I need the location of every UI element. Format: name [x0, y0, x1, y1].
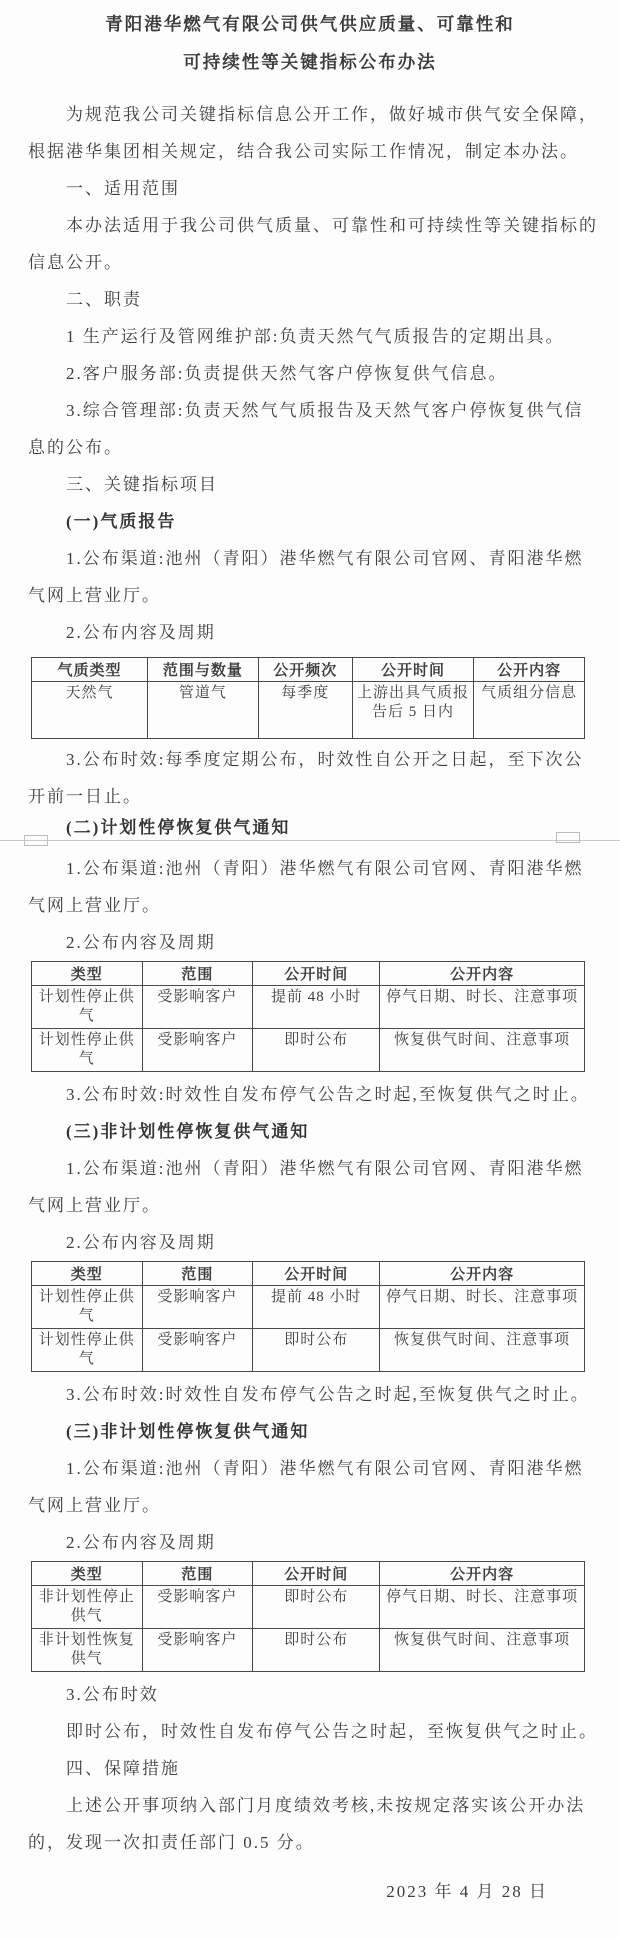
table-header-row: 气质类型范围与数量公开频次公开时间公开内容 — [32, 658, 585, 682]
table-cell: 受影响客户 — [142, 1586, 253, 1629]
table-row: 天然气管道气每季度上游出具气质报 告后 5 日内气质组分信息 — [32, 682, 585, 739]
table-header-cell: 类型 — [32, 962, 143, 986]
document-page: 青阳港华燃气有限公司供气供应质量、可靠性和可持续性等关键指标公布办法为规范我公司… — [0, 0, 620, 1938]
table-cell: 非计划性停止 供气 — [32, 1586, 143, 1629]
table-header-cell: 公开内容 — [380, 962, 585, 986]
paragraph-line: 3.公布时效:每季度定期公布，时效性自公开之日起，至下次公 — [28, 739, 592, 776]
table-row: 计划性停止供 气受影响客户提前 48 小时停气日期、时长、注意事项 — [32, 986, 585, 1029]
table-header-cell: 范围 — [142, 962, 253, 986]
paragraph-line: 3.公布时效:时效性自发布停气公告之时起,至恢复供气之时止。 — [28, 1374, 592, 1411]
table-header-cell: 公开内容 — [474, 658, 585, 682]
table-row: 非计划性停止 供气受影响客户即时公布停气日期、时长、注意事项 — [32, 1586, 585, 1629]
paragraph-line: 2.公布内容及周期 — [28, 922, 592, 959]
table-cell: 停气日期、时长、注意事项 — [380, 1286, 585, 1329]
table-header-row: 类型范围公开时间公开内容 — [32, 962, 585, 986]
paragraph-line: 即时公布，时效性自发布停气公告之时起，至恢复供气之时止。 — [28, 1711, 592, 1748]
table-cell: 气质组分信息 — [474, 682, 585, 739]
section-heading: (三)非计划性停恢复供气通知 — [28, 1411, 592, 1448]
page-break-mark-right — [556, 832, 580, 843]
paragraph-line: 开前一日止。 — [28, 776, 592, 813]
table-cell: 即时公布 — [253, 1029, 380, 1072]
page-break-marker — [0, 838, 620, 842]
table-cell: 受影响客户 — [142, 1286, 253, 1329]
table-header-cell: 公开时间 — [253, 1562, 380, 1586]
table-header-cell: 范围 — [142, 1562, 253, 1586]
table-cell: 提前 48 小时 — [253, 986, 380, 1029]
table-cell: 管道气 — [148, 682, 259, 739]
data-table: 气质类型范围与数量公开频次公开时间公开内容天然气管道气每季度上游出具气质报 告后… — [31, 657, 585, 739]
paragraph-line: 上述公开事项纳入部门月度绩效考核,未按规定落实该公开办法 — [28, 1785, 592, 1822]
paragraph-line: 2.公布内容及周期 — [28, 1522, 592, 1559]
table-row: 计划性停止供 气受影响客户即时公布恢复供气时间、注意事项 — [32, 1029, 585, 1072]
paragraph-line: 三、关键指标项目 — [28, 464, 592, 501]
table-header-cell: 公开时间 — [352, 658, 474, 682]
paragraph-line: 一、适用范围 — [28, 168, 592, 205]
table-header-cell: 类型 — [32, 1562, 143, 1586]
section-heading: (一)气质报告 — [28, 501, 592, 538]
paragraph-line: 气网上营业厅。 — [28, 575, 592, 612]
table-cell: 恢复供气时间、注意事项 — [380, 1329, 585, 1372]
paragraph-line: 1.公布渠道:池州（青阳）港华燃气有限公司官网、青阳港华燃 — [28, 1448, 592, 1485]
title-line: 青阳港华燃气有限公司供气供应质量、可靠性和 — [28, 4, 592, 42]
table-header-row: 类型范围公开时间公开内容 — [32, 1562, 585, 1586]
table-cell: 提前 48 小时 — [253, 1286, 380, 1329]
data-table: 类型范围公开时间公开内容计划性停止供 气受影响客户提前 48 小时停气日期、时长… — [31, 961, 585, 1072]
table-header-cell: 类型 — [32, 1262, 143, 1286]
paragraph-line: 1.公布渠道:池州（青阳）港华燃气有限公司官网、青阳港华燃 — [28, 538, 592, 575]
paragraph-line: 二、职责 — [28, 279, 592, 316]
table-header-cell: 公开内容 — [380, 1262, 585, 1286]
paragraph-line: 气网上营业厅。 — [28, 885, 592, 922]
paragraph-line: 3.公布时效 — [28, 1674, 592, 1711]
table-cell: 受影响客户 — [142, 1629, 253, 1672]
table-cell: 即时公布 — [253, 1629, 380, 1672]
paragraph-line: 本办法适用于我公司供气质量、可靠性和可持续性等关键指标的 — [28, 205, 592, 242]
table-cell: 受影响客户 — [142, 986, 253, 1029]
paragraph-line: 息的公布。 — [28, 427, 592, 464]
table-cell: 天然气 — [32, 682, 148, 739]
paragraph-line: 气网上营业厅。 — [28, 1485, 592, 1522]
title-line: 可持续性等关键指标公布办法 — [28, 42, 592, 80]
paragraph-line: 四、保障措施 — [28, 1748, 592, 1785]
table-header-cell: 公开内容 — [380, 1562, 585, 1586]
table-row: 计划性停止供 气受影响客户提前 48 小时停气日期、时长、注意事项 — [32, 1286, 585, 1329]
table-cell: 恢复供气时间、注意事项 — [380, 1029, 585, 1072]
table-header-cell: 公开时间 — [253, 1262, 380, 1286]
section-heading: (二)计划性停恢复供气通知 — [28, 813, 592, 838]
table-row: 计划性停止供 气受影响客户即时公布恢复供气时间、注意事项 — [32, 1329, 585, 1372]
paragraph-line: 为规范我公司关键指标信息公开工作，做好城市供气安全保障， — [28, 94, 592, 131]
table-header-cell: 范围与数量 — [148, 658, 259, 682]
paragraph-line: 1.公布渠道:池州（青阳）港华燃气有限公司官网、青阳港华燃 — [28, 848, 592, 885]
paragraph-line: 2.公布内容及周期 — [28, 612, 592, 649]
table-cell: 上游出具气质报 告后 5 日内 — [352, 682, 474, 739]
paragraph-line: 根据港华集团相关规定，结合我公司实际工作情况，制定本办法。 — [28, 131, 592, 168]
paragraph-line: 信息公开。 — [28, 242, 592, 279]
table-header-cell: 气质类型 — [32, 658, 148, 682]
paragraph-line: 3.综合管理部:负责天然气气质报告及天然气客户停恢复供气信 — [28, 390, 592, 427]
table-cell: 非计划性恢复 供气 — [32, 1629, 143, 1672]
table-cell: 即时公布 — [253, 1586, 380, 1629]
table-header-row: 类型范围公开时间公开内容 — [32, 1262, 585, 1286]
table-cell: 计划性停止供 气 — [32, 986, 143, 1029]
table-header-cell: 公开时间 — [253, 962, 380, 986]
paragraph-line: 2.公布内容及周期 — [28, 1222, 592, 1259]
table-cell: 每季度 — [258, 682, 352, 739]
table-cell: 受影响客户 — [142, 1329, 253, 1372]
table-cell: 受影响客户 — [142, 1029, 253, 1072]
page-break-line — [0, 840, 620, 841]
data-table: 类型范围公开时间公开内容计划性停止供 气受影响客户提前 48 小时停气日期、时长… — [31, 1261, 585, 1372]
table-cell: 计划性停止供 气 — [32, 1329, 143, 1372]
paragraph-line: 2.客户服务部:负责提供天然气客户停恢复供气信息。 — [28, 353, 592, 390]
page-break-mark-left — [24, 835, 48, 846]
table-cell: 计划性停止供 气 — [32, 1029, 143, 1072]
table-cell: 停气日期、时长、注意事项 — [380, 986, 585, 1029]
paragraph-line: 的，发现一次扣责任部门 0.5 分。 — [28, 1822, 592, 1859]
data-table: 类型范围公开时间公开内容非计划性停止 供气受影响客户即时公布停气日期、时长、注意… — [31, 1561, 585, 1672]
doc-date: 2023 年 4 月 28 日 — [28, 1871, 592, 1908]
table-row: 非计划性恢复 供气受影响客户即时公布恢复供气时间、注意事项 — [32, 1629, 585, 1672]
paragraph-line: 1.公布渠道:池州（青阳）港华燃气有限公司官网、青阳港华燃 — [28, 1148, 592, 1185]
section-heading: (三)非计划性停恢复供气通知 — [28, 1111, 592, 1148]
table-cell: 即时公布 — [253, 1329, 380, 1372]
table-cell: 恢复供气时间、注意事项 — [380, 1629, 585, 1672]
paragraph-line: 1 生产运行及管网维护部:负责天然气气质报告的定期出具。 — [28, 316, 592, 353]
paragraph-line: 3.公布时效:时效性自发布停气公告之时起,至恢复供气之时止。 — [28, 1074, 592, 1111]
table-header-cell: 范围 — [142, 1262, 253, 1286]
table-cell: 停气日期、时长、注意事项 — [380, 1586, 585, 1629]
table-header-cell: 公开频次 — [258, 658, 352, 682]
table-cell: 计划性停止供 气 — [32, 1286, 143, 1329]
paragraph-line: 气网上营业厅。 — [28, 1185, 592, 1222]
